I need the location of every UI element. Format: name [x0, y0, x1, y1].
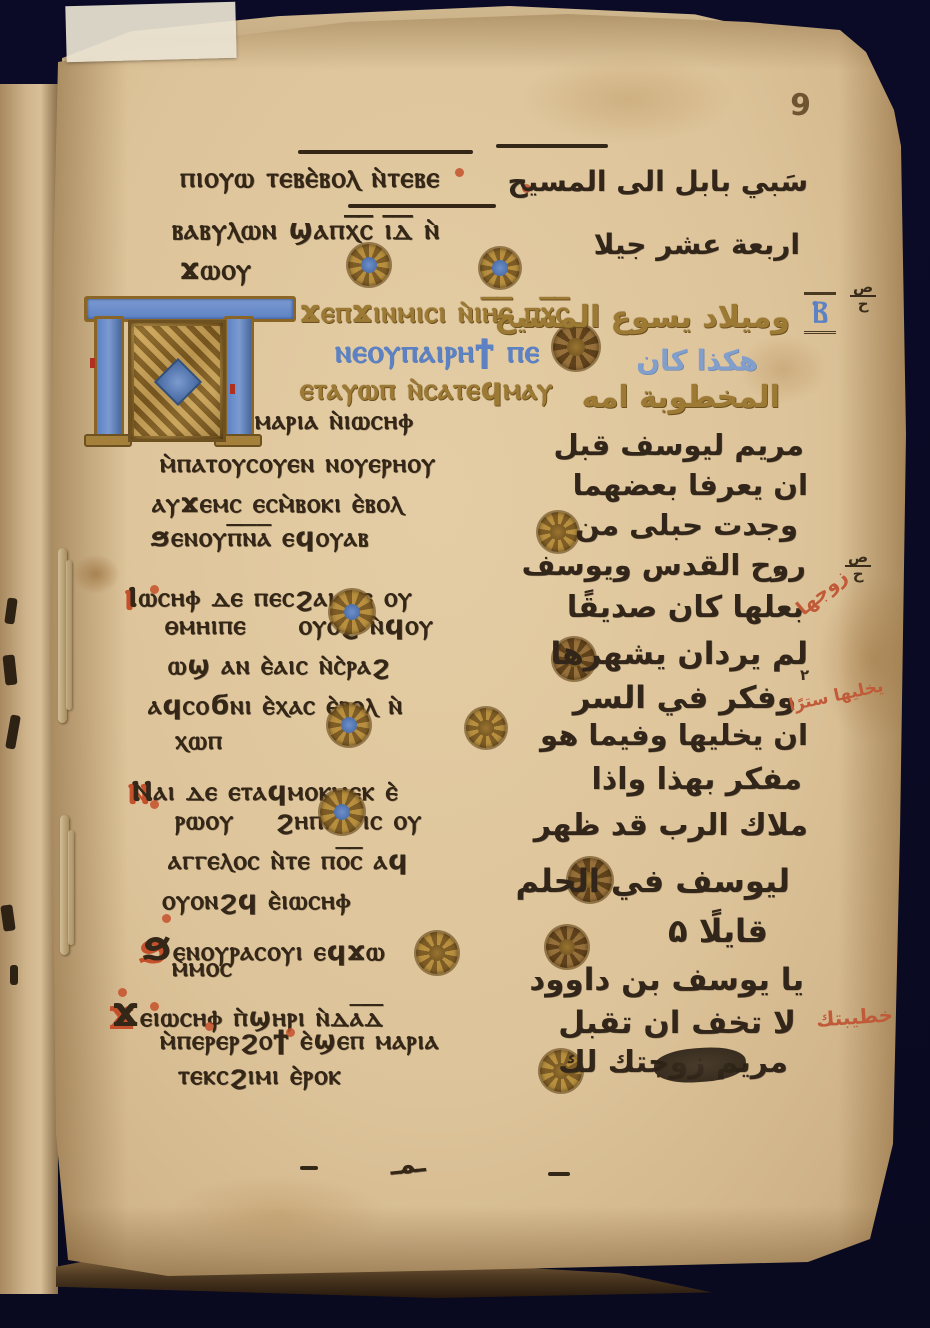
- punctuation-dot: [455, 168, 464, 177]
- sewing-thread: [66, 560, 72, 710]
- initial-foot: [84, 434, 132, 447]
- coptic-text-line: ⲙ̀ⲡⲁⲧⲟⲩⲥⲟⲩⲉⲛ ⲛⲟⲩⲉⲣⲏⲟⲩ: [160, 448, 436, 480]
- supralinear-stroke: [298, 150, 473, 154]
- stain: [72, 554, 120, 594]
- rosette-ornament: [480, 248, 520, 288]
- sewing-thread: [68, 830, 74, 945]
- gold-panel: [128, 320, 226, 442]
- supralinear-stroke: [496, 144, 608, 148]
- arabic-text-line: مفكر بهذا واذا: [592, 762, 802, 797]
- manuscript-page: 9 ⲡⲓⲟⲩⲱ ⲧⲉⲃⲉ̀ⲃⲟⲗ ⲛ̀ⲧⲉⲃⲉ ⲃⲁⲃⲩⲗⲱⲛ ϣⲁⲡⲭ̅ⲥ̅ …: [48, 14, 908, 1276]
- arabic-rubric-gold: وميلاد يسوع المسيح: [494, 300, 790, 335]
- reference-siglum: ٢: [800, 666, 809, 684]
- punctuation-dot: [150, 1002, 159, 1011]
- quire-mark: ص ح: [850, 280, 876, 312]
- fore-edge-shadow: [838, 14, 908, 1276]
- arabic-text-line: مريم ليوسف قبل: [554, 428, 805, 462]
- punctuation-dot: [150, 585, 159, 594]
- pen-mark: [548, 1172, 570, 1176]
- supralinear-stroke: [348, 204, 496, 208]
- bottom-edge-shadow: [48, 1206, 908, 1276]
- coptic-text-line: ⲭⲱⲡ: [175, 725, 223, 757]
- manuscript-photo: 9 ⲡⲓⲟⲩⲱ ⲧⲉⲃⲉ̀ⲃⲟⲗ ⲛ̀ⲧⲉⲃⲉ ⲃⲁⲃⲩⲗⲱⲛ ϣⲁⲡⲭ̅ⲥ̅ …: [0, 0, 930, 1328]
- facing-page-edge: [0, 84, 58, 1294]
- stain: [168, 1174, 388, 1254]
- folio-number: 9: [789, 87, 812, 123]
- arabic-text-line: ان يعرفا بعضهما: [573, 468, 808, 502]
- coptic-text-line: ⲁⲩϫⲉⲙⲥ ⲉⲥⲙ̀ⲃⲟⲕⲓ ⲉ̀ⲃⲟⲗ: [152, 488, 404, 520]
- coptic-text-line: ⲙⲁⲣⲓⲁ ⲛ̀ⲓⲱⲥⲏⲫ: [255, 405, 414, 437]
- facing-page-text-fragment: [10, 965, 18, 985]
- coptic-text-line: ⲙ̀ⲙⲟⲥ: [172, 952, 233, 984]
- arabic-text-line: روح القدس ويوسف: [522, 548, 806, 582]
- arabic-text-line: اربعة عشر جيلا: [594, 228, 800, 261]
- arabic-text-line: بعلها كان صديقًا: [567, 590, 804, 625]
- initial-right-column: [224, 316, 254, 442]
- correction-mark: ص ح: [845, 550, 871, 582]
- coptic-text-line: ⲃⲁⲃⲩⲗⲱⲛ ϣⲁⲡⲭ̅ⲥ̅ ⲓ̅ⲇ̅ ⲛ̀: [172, 212, 440, 247]
- arabic-text-line: سَبي بابل الى المسيح: [508, 165, 809, 198]
- arabic-text-line: ملاك الرب قد ظهر: [534, 808, 808, 843]
- rosette-ornament: [348, 244, 390, 286]
- rosette-ornament: [416, 932, 458, 974]
- punctuation-dot: [118, 988, 127, 997]
- pen-mark: [300, 1166, 318, 1170]
- coptic-text-line: ⲑⲙⲏⲓⲡⲉ ⲟⲩⲟϩ ⲛ̀ϥⲟⲩ: [165, 610, 434, 642]
- rosette-ornament: [466, 708, 506, 748]
- coptic-text-line: ⲧⲉⲕⲥϩⲓⲙⲓ ⲉ̀ⲣⲟⲕ: [178, 1060, 342, 1092]
- marginal-gloss-red: خطيبتك: [815, 1002, 894, 1031]
- coptic-marginal-letter: Ⲃ: [804, 292, 836, 334]
- rosette-ornament: [330, 590, 374, 634]
- catchword-mark: ـمـ: [389, 1148, 427, 1182]
- rosette-ornament: [538, 512, 578, 552]
- red-tick: [230, 384, 235, 394]
- coptic-text-line: ⲁⲅⲅⲉⲗⲟⲥ ⲛ̀ⲧⲉ ⲡⲟ̅ⲥ̅ ⲁϥ: [168, 845, 408, 877]
- arabic-text-line: ان يخليها وفيما هو: [540, 718, 808, 752]
- arabic-text-line: ليوسف في الحلم: [515, 862, 790, 900]
- coptic-rubric-gold: ⲉⲧⲁⲩⲱⲡ ⲛ̀ⲥⲁⲧⲉϥⲙⲁⲩ: [300, 372, 553, 407]
- repair-tape: [65, 2, 236, 62]
- stain: [518, 54, 738, 144]
- arabic-text-line: قايلًا ۵: [668, 912, 768, 950]
- coptic-text-line: ⲱϣ ⲁⲛ ⲉ̀ⲁⲓⲥ ⲛ̀ⲥ̀ⲣⲁϩ: [168, 650, 390, 682]
- coptic-text-line: ⲡⲓⲟⲩⲱ ⲧⲉⲃⲉ̀ⲃⲟⲗ ⲛ̀ⲧⲉⲃⲉ: [180, 160, 440, 195]
- initial-left-column: [94, 316, 124, 442]
- coptic-text-line: ϧⲉⲛⲟⲩⲡ̅ⲛ̅ⲁ̅ ⲉϥⲟⲩⲁⲃ: [150, 522, 369, 554]
- coptic-text-line: ⲟⲩⲟⲛϩϥ ⲉ̀ⲓⲱⲥⲏⲫ: [162, 885, 351, 917]
- reference-siglum: ء: [774, 562, 782, 581]
- punctuation-dot: [150, 800, 159, 809]
- punctuation-dot: [286, 1028, 295, 1037]
- coptic-text-line: ϫⲱⲟⲩ: [180, 252, 252, 287]
- arabic-text-line: يا يوسف بن داوود: [529, 962, 804, 998]
- coptic-text-line: ⲙ̀ⲡⲉⲣⲉⲣϩⲟϯ ⲉ̀ϣⲉⲡ ⲙⲁⲣⲓⲁ: [160, 1025, 439, 1057]
- rosette-ornament: [320, 790, 364, 834]
- coptic-text-line: ⲣⲱⲟⲩ ϩⲏⲡⲡⲉ ⲓⲥ ⲟⲩ: [175, 805, 422, 837]
- stain: [818, 574, 928, 744]
- punctuation-dot: [205, 1022, 214, 1031]
- arabic-text-line: وجدت حبلى من: [575, 508, 798, 542]
- arabic-rubric-gold: المخطوبة امه: [582, 380, 780, 415]
- arabic-text-line: لم يردان يشهرها: [550, 636, 808, 672]
- arabic-rubric-blue: هكذا كان: [636, 344, 758, 377]
- punctuation-dot: [162, 914, 171, 923]
- red-tick: [90, 358, 95, 368]
- coptic-rubric-blue: ⲛⲉⲟⲩⲡⲁⲓⲣⲏϯ ⲡⲉ: [335, 332, 540, 371]
- arabic-text-line: لا تخف ان تقبل: [558, 1005, 796, 1041]
- rosette-ornament: [328, 704, 370, 746]
- arabic-text-line: وفكر في السر: [573, 680, 796, 716]
